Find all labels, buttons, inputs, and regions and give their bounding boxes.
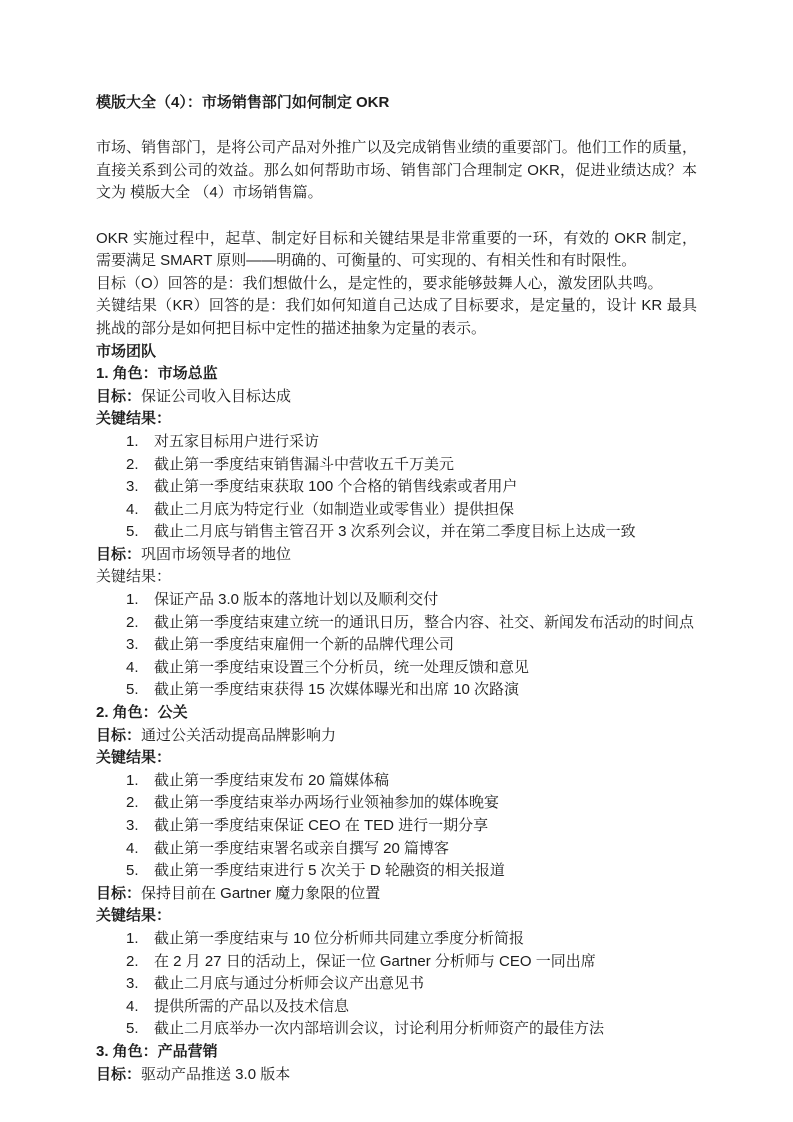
kr-item: 截止二月底与通过分析师会议产出意见书 xyxy=(96,973,697,996)
kr-item: 对五家目标用户进行采访 xyxy=(96,431,697,454)
kr-item: 截止第一季度结束建立统一的通讯日历，整合内容、社交、新闻发布活动的时间点 xyxy=(96,612,697,635)
objective-line: 目标：驱动产品推送 3.0 版本 xyxy=(96,1064,697,1087)
section-heading: 2. 角色：公关 xyxy=(96,702,697,725)
objective-text: 通过公关活动提高品牌影响力 xyxy=(141,727,336,744)
kr-item: 截止第一季度结束销售漏斗中营收五千万美元 xyxy=(96,454,697,477)
kr-item: 提供所需的产品以及技术信息 xyxy=(96,996,697,1019)
kr-heading: 关键结果： xyxy=(96,905,697,928)
kr-item: 截止二月底举办一次内部培训会议，讨论利用分析师资产的最佳方法 xyxy=(96,1018,697,1041)
kr-list: 对五家目标用户进行采访截止第一季度结束销售漏斗中营收五千万美元截止第一季度结束获… xyxy=(96,431,697,544)
kr-item: 截止第一季度结束署名或亲自撰写 20 篇博客 xyxy=(96,838,697,861)
paragraph: OKR 实施过程中，起草、制定好目标和关键结果是非常重要的一环，有效的 OKR … xyxy=(96,228,697,273)
kr-item: 截止第一季度结束与 10 位分析师共同建立季度分析简报 xyxy=(96,928,697,951)
section-heading: 市场团队 xyxy=(96,341,697,364)
objective-line: 目标：保证公司收入目标达成 xyxy=(96,386,697,409)
section-heading: 3. 角色：产品营销 xyxy=(96,1041,697,1064)
objective-text: 保证公司收入目标达成 xyxy=(141,388,291,405)
blank-line xyxy=(96,115,697,138)
kr-list: 截止第一季度结束发布 20 篇媒体稿截止第一季度结束举办两场行业领袖参加的媒体晚… xyxy=(96,770,697,883)
kr-item: 截止第一季度结束保证 CEO 在 TED 进行一期分享 xyxy=(96,815,697,838)
blank-line xyxy=(96,205,697,228)
kr-heading: 关键结果： xyxy=(96,747,697,770)
objective-label: 目标： xyxy=(96,546,141,563)
kr-item: 截止二月底为特定行业（如制造业或零售业）提供担保 xyxy=(96,499,697,522)
objective-label: 目标： xyxy=(96,388,141,405)
kr-item: 截止第一季度结束获得 15 次媒体曝光和出席 10 次路演 xyxy=(96,679,697,702)
objective-label: 目标： xyxy=(96,1066,141,1083)
objective-text: 保持目前在 Gartner 魔力象限的位置 xyxy=(141,885,380,902)
kr-list: 保证产品 3.0 版本的落地计划以及顺利交付截止第一季度结束建立统一的通讯日历，… xyxy=(96,589,697,702)
kr-list: 截止第一季度结束与 10 位分析师共同建立季度分析简报在 2 月 27 日的活动… xyxy=(96,928,697,1041)
kr-item: 保证产品 3.0 版本的落地计划以及顺利交付 xyxy=(96,589,697,612)
paragraph: 关键结果（KR）回答的是：我们如何知道自己达成了目标要求，是定量的，设计 KR … xyxy=(96,295,697,340)
kr-item: 截止第一季度结束发布 20 篇媒体稿 xyxy=(96,770,697,793)
objective-line: 目标：保持目前在 Gartner 魔力象限的位置 xyxy=(96,883,697,906)
kr-item: 在 2 月 27 日的活动上，保证一位 Gartner 分析师与 CEO 一同出… xyxy=(96,951,697,974)
document-page: 模版大全（4）：市场销售部门如何制定 OKR市场、销售部门，是将公司产品对外推广… xyxy=(0,0,793,1122)
objective-text: 驱动产品推送 3.0 版本 xyxy=(141,1066,290,1083)
kr-heading: 关键结果： xyxy=(96,408,697,431)
paragraph: 目标（O）回答的是：我们想做什么，是定性的，要求能够鼓舞人心，激发团队共鸣。 xyxy=(96,273,697,296)
kr-item: 截止第一季度结束设置三个分析员，统一处理反馈和意见 xyxy=(96,657,697,680)
kr-item: 截止第一季度结束进行 5 次关于 D 轮融资的相关报道 xyxy=(96,860,697,883)
kr-item: 截止第一季度结束雇佣一个新的品牌代理公司 xyxy=(96,634,697,657)
kr-heading: 关键结果： xyxy=(96,566,697,589)
objective-line: 目标：通过公关活动提高品牌影响力 xyxy=(96,725,697,748)
document-content: 模版大全（4）：市场销售部门如何制定 OKR市场、销售部门，是将公司产品对外推广… xyxy=(96,92,697,1086)
kr-item: 截止第一季度结束举办两场行业领袖参加的媒体晚宴 xyxy=(96,792,697,815)
kr-item: 截止二月底与销售主管召开 3 次系列会议，并在第二季度目标上达成一致 xyxy=(96,521,697,544)
objective-label: 目标： xyxy=(96,885,141,902)
paragraph: 市场、销售部门，是将公司产品对外推广以及完成销售业绩的重要部门。他们工作的质量，… xyxy=(96,137,697,205)
section-heading: 1. 角色：市场总监 xyxy=(96,363,697,386)
objective-text: 巩固市场领导者的地位 xyxy=(141,546,291,563)
objective-line: 目标：巩固市场领导者的地位 xyxy=(96,544,697,567)
doc-title: 模版大全（4）：市场销售部门如何制定 OKR xyxy=(96,92,697,115)
objective-label: 目标： xyxy=(96,727,141,744)
kr-item: 截止第一季度结束获取 100 个合格的销售线索或者用户 xyxy=(96,476,697,499)
